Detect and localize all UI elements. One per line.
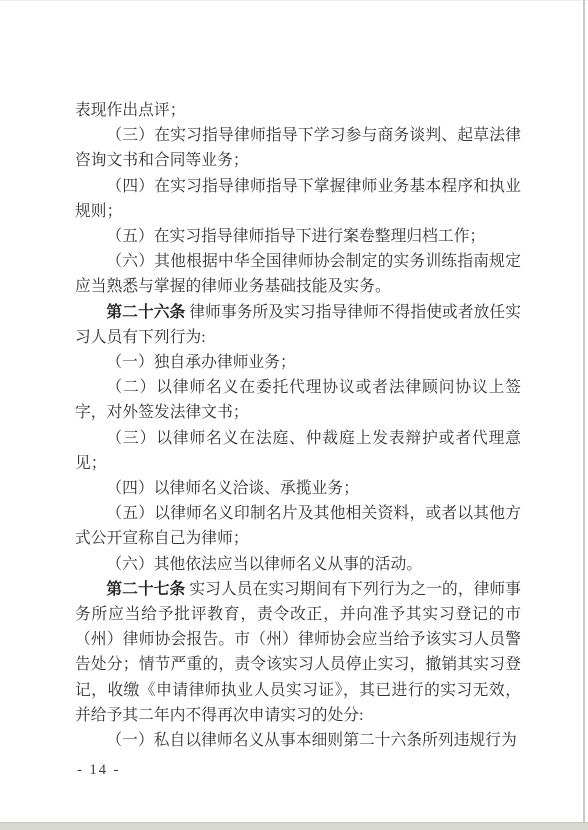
paragraph: （四）在实习指导律师指导下掌握律师业务基本程序和执业规则； xyxy=(75,174,521,224)
document-body: 表现作出点评；（三）在实习指导律师指导下学习参与商务谈判、起草法律咨询文书和合同… xyxy=(75,98,521,753)
paragraph: （三）以律师名义在法庭、仲裁庭上发表辩护或者代理意见； xyxy=(75,426,521,476)
scan-right-edge xyxy=(583,0,585,830)
paragraph: （四）以律师名义洽谈、承揽业务； xyxy=(75,476,521,501)
paragraph: 表现作出点评； xyxy=(75,98,521,123)
paragraph: （二）以律师名义在委托代理协议或者法律顾问协议上签字，对外签发法律文书； xyxy=(75,375,521,425)
scan-bottom-edge xyxy=(0,822,588,830)
paragraph: （五）以律师名义印制名片及其他相关资料，或者以其他方式公开宣称自己为律师； xyxy=(75,501,521,551)
article-number: 第二十六条 xyxy=(106,304,185,321)
paragraph: （一）独自承办律师业务； xyxy=(75,350,521,375)
scan-top-edge xyxy=(0,0,588,1)
paragraph: （三）在实习指导律师指导下学习参与商务谈判、起草法律咨询文书和合同等业务； xyxy=(75,123,521,173)
paragraph: （一）私自以律师名义从事本细则第二十六条所列违规行为 xyxy=(75,728,521,753)
page-number: - 14 - xyxy=(77,762,120,779)
paragraph: （五）在实习指导律师指导下进行案卷整理归档工作； xyxy=(75,224,521,249)
article-number: 第二十七条 xyxy=(106,581,185,598)
document-page: 表现作出点评；（三）在实习指导律师指导下学习参与商务谈判、起草法律咨询文书和合同… xyxy=(0,0,588,830)
paragraph: 第二十七条 实习人员在实习期间有下列行为之一的，律师事务所应当给予批评教育，责令… xyxy=(75,577,521,728)
paragraph: （六）其他依法应当以律师名义从事的活动。 xyxy=(75,552,521,577)
paragraph: 第二十六条 律师事务所及实习指导律师不得指使或者放任实习人员有下列行为: xyxy=(75,300,521,350)
paragraph: （六）其他根据中华全国律师协会制定的实务训练指南规定应当熟悉与掌握的律师业务基础… xyxy=(75,249,521,299)
